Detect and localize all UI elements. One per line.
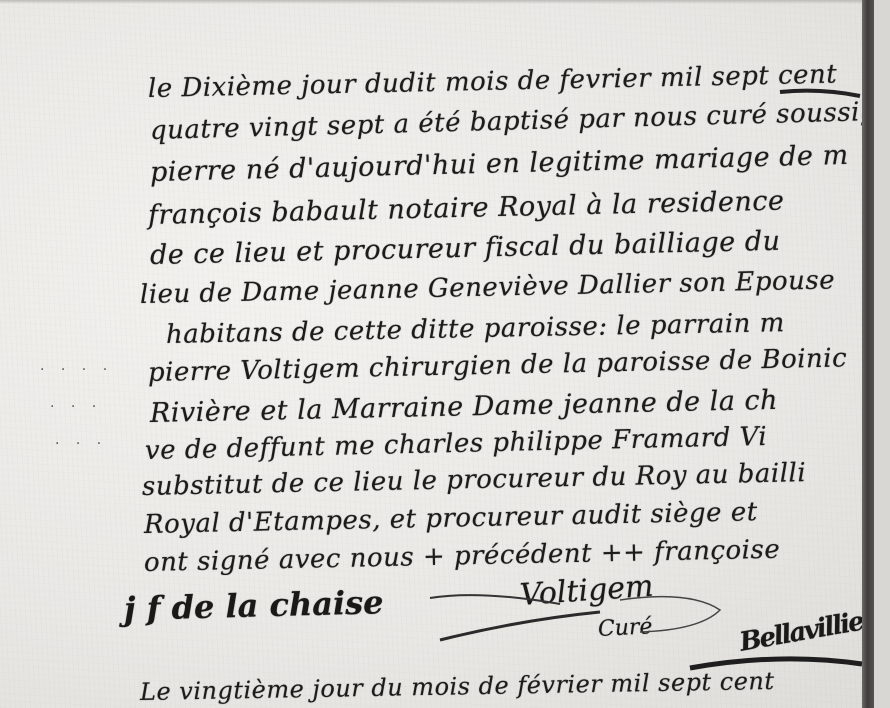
entry-line-7: habitans de cette ditte paroisse: le par… (166, 308, 785, 350)
margin-mark-2: . . . (50, 395, 102, 411)
margin-mark-3: . . . (55, 432, 107, 448)
entry-line-1: le Dixième jour dudit mois de fevrier mi… (148, 60, 838, 104)
entry-line-2: quatre vingt sept a été baptisé par nous… (150, 94, 890, 146)
entry-line-5: de ce lieu et procureur fiscal du bailli… (150, 226, 781, 271)
entry-line-3: pierre né d'aujourd'hui en legitime mari… (150, 140, 849, 188)
book-binding-gutter (862, 0, 874, 708)
next-entry-line: Le vingtième jour du mois de février mil… (140, 667, 775, 706)
entry-line-8: pierre Voltigem chirurgien de la paroiss… (148, 343, 848, 388)
signature-godfather: Voltigem (519, 569, 655, 613)
entry-line-11: substitut de ce lieu le procureur du Roy… (142, 458, 807, 502)
manuscript-page: le Dixième jour dudit mois de fevrier mi… (0, 0, 890, 708)
signature-priest-title: Curé (597, 614, 653, 642)
entry-line-4: françois babault notaire Royal à la resi… (148, 186, 785, 231)
baptism-entry: le Dixième jour dudit mois de fevrier mi… (0, 0, 890, 708)
entry-line-6: lieu de Dame jeanne Geneviève Dallier so… (140, 265, 836, 310)
entry-line-10: ve de deffunt me charles philippe Framar… (145, 422, 768, 466)
signature-godmother: j f de la chaise (124, 583, 384, 628)
facing-page-edge (874, 0, 890, 708)
entry-line-9: Rivière et la Marraine Dame jeanne de la… (150, 385, 779, 429)
entry-line-13: ont signé avec nous + précédent ++ franç… (144, 535, 781, 578)
margin-mark-1: . . . . (40, 358, 113, 374)
entry-line-12: Royal d'Etampes, et procureur audit sièg… (144, 497, 758, 540)
